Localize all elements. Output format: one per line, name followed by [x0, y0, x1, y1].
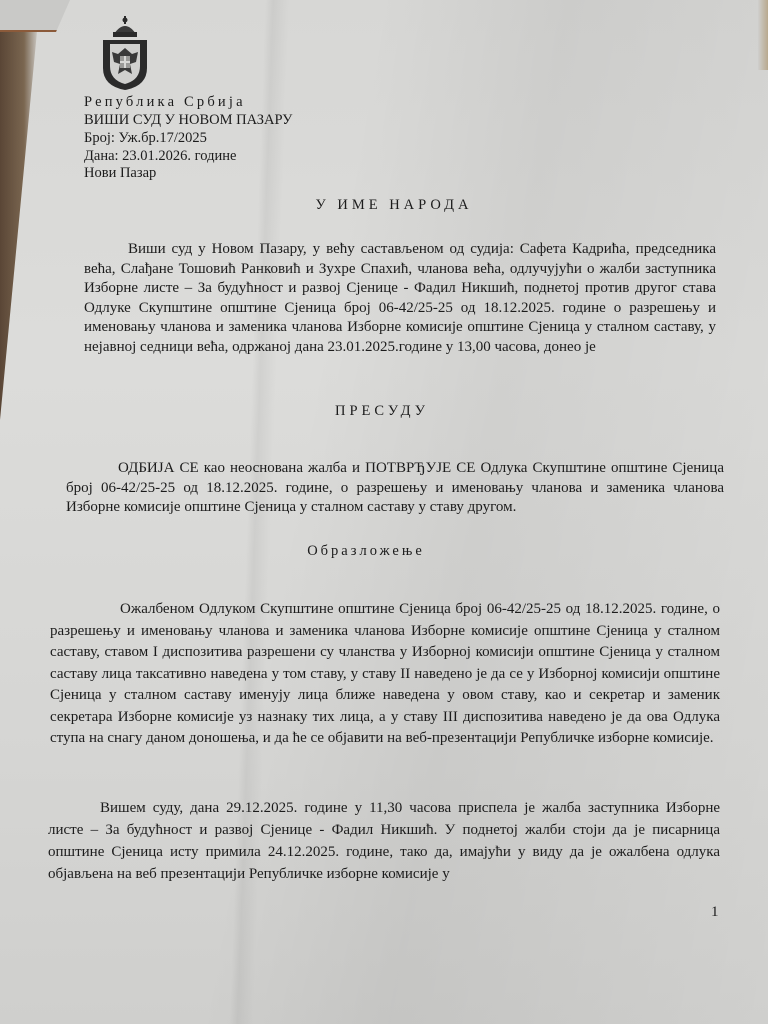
header-city: Нови Пазар — [84, 164, 156, 182]
page-number: 1 — [711, 904, 719, 921]
header-date: Дана: 23.01.2026. године — [84, 147, 236, 165]
verdict-paragraph-text: ОДБИЈА СЕ као неоснована жалба и ПОТВРЂУ… — [66, 460, 724, 515]
reasoning-paragraph-2-text: Вишем суду, дана 29.12.2025. године у 11… — [48, 800, 720, 882]
header-country: Република Србија — [84, 93, 246, 111]
verdict-paragraph: ОДБИЈА СЕ као неоснована жалба и ПОТВРЂУ… — [66, 459, 724, 518]
intro-paragraph: Виши суд у Новом Пазару, у већу саставље… — [84, 240, 716, 357]
reasoning-paragraph-1: Ожалбеном Одлуком Скупштине општине Сјен… — [50, 599, 720, 750]
header-court-name: ВИШИ СУД У НОВОМ ПАЗАРУ — [84, 111, 292, 129]
header-case-number: Број: Уж.бр.17/2025 — [84, 129, 207, 147]
heading-reasoning: Образложење — [0, 543, 750, 560]
serbian-coat-of-arms-icon — [100, 14, 150, 90]
intro-paragraph-text: Виши суд у Новом Пазару, у већу саставље… — [84, 241, 716, 355]
heading-in-the-name-of-people: У ИМЕ НАРОДА — [10, 197, 768, 214]
heading-verdict: ПРЕСУДУ — [0, 403, 766, 420]
background-right-edge — [758, 0, 768, 70]
reasoning-paragraph-1-text: Ожалбеном Одлуком Скупштине општине Сјен… — [50, 601, 720, 746]
reasoning-paragraph-2: Вишем суду, дана 29.12.2025. године у 11… — [48, 797, 720, 885]
